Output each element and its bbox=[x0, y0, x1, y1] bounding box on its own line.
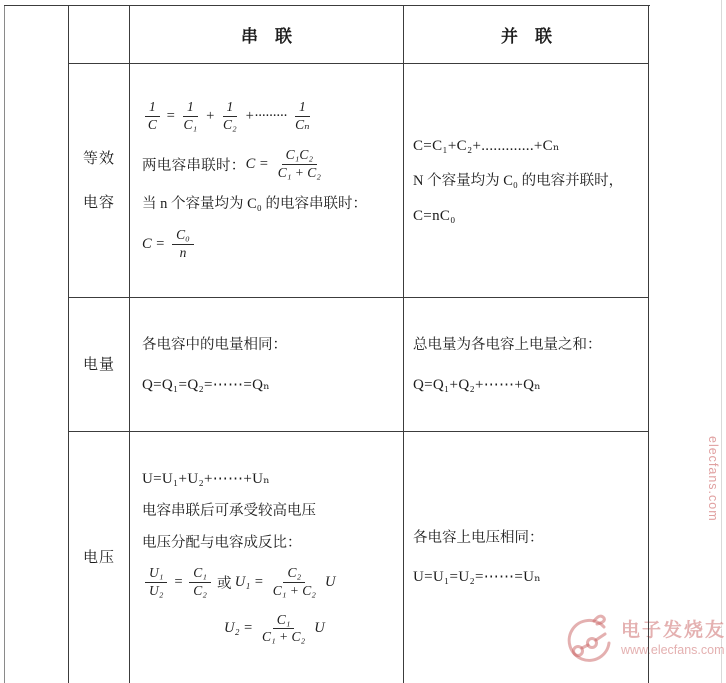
fraction: U₁U₂ bbox=[145, 565, 167, 600]
fraction: 1Cₙ bbox=[293, 99, 311, 134]
series-two-capacitor-formula: 两电容串联时： C = C₁C₂C₁ + C₂ bbox=[142, 147, 403, 182]
row-label-line2: 电容 bbox=[83, 181, 115, 225]
series-voltage-sum-formula: U=U₁+U₂+⋯⋯+Uₙ bbox=[142, 469, 403, 489]
header-parallel: 并 联 bbox=[404, 5, 649, 64]
series-n-capacitor-formula: C = C₀n bbox=[142, 227, 403, 262]
page-left-border bbox=[4, 5, 5, 683]
series-reciprocal-sum-formula: 1C = 1C₁ + 1C₂ +········· 1Cₙ bbox=[142, 99, 403, 134]
cell-series-charge: 各电容中的电量相同： Q=Q₁=Q₂=⋯⋯=Qₙ bbox=[130, 298, 404, 432]
series-charge-note: 各电容中的电量相同： bbox=[142, 335, 403, 355]
row-label-voltage: 电压 bbox=[69, 432, 130, 683]
parallel-charge-note: 总电量为各电容上电量之和： bbox=[413, 335, 649, 355]
parallel-voltage-note: 各电容上电压相同： bbox=[413, 528, 649, 548]
watermark-side-text: elecfans.com bbox=[706, 436, 720, 546]
fraction: C₁C₁ + C₂ bbox=[260, 612, 307, 647]
capacitor-comparison-table: 串 联 并 联 等效 电容 1C = 1C₁ + 1C₂ +········· … bbox=[68, 5, 649, 683]
fraction: 1C bbox=[145, 99, 160, 134]
fraction: C₂C₁ + C₂ bbox=[271, 565, 318, 600]
row-label-equivalent-capacitance: 等效 电容 bbox=[69, 64, 130, 298]
series-voltage-u2-formula: U₂ = C₁C₁ + C₂ U bbox=[224, 612, 403, 647]
page-right-border bbox=[721, 0, 722, 683]
header-corner-cell bbox=[69, 5, 130, 64]
fraction: C₀n bbox=[172, 227, 194, 262]
series-voltage-note1: 电容串联后可承受较高电压 bbox=[142, 501, 403, 521]
series-n-capacitor-note: 当 n 个容量均为 C₀ 的电容串联时： bbox=[142, 194, 403, 214]
cell-parallel-charge: 总电量为各电容上电量之和： Q=Q₁+Q₂+⋯⋯+Qₙ bbox=[404, 298, 649, 432]
fraction: 1C₂ bbox=[221, 99, 239, 134]
series-charge-formula: Q=Q₁=Q₂=⋯⋯=Qₙ bbox=[142, 375, 403, 395]
fraction: 1C₁ bbox=[182, 99, 200, 134]
cell-series-voltage: U=U₁+U₂+⋯⋯+Uₙ 电容串联后可承受较高电压 电压分配与电容成反比： U… bbox=[130, 432, 404, 683]
row-label-line1: 等效 bbox=[83, 137, 115, 181]
fraction: C₁C₂C₁ + C₂ bbox=[276, 147, 323, 182]
parallel-n-capacitor-formula: C=nC₀ bbox=[413, 206, 649, 226]
cell-series-equivalent-capacitance: 1C = 1C₁ + 1C₂ +········· 1Cₙ 两电容串联时： C … bbox=[130, 64, 404, 298]
parallel-voltage-formula: U=U₁=U₂=⋯⋯=Uₙ bbox=[413, 567, 649, 587]
row-label-charge: 电量 bbox=[69, 298, 130, 432]
series-voltage-ratio-formula: U₁U₂ = C₁C₂ 或 U₁ = C₂C₁ + C₂ U bbox=[142, 565, 403, 600]
cell-parallel-equivalent-capacitance: C=C₁+C₂+.............+Cₙ N 个容量均为 C₀ 的电容并… bbox=[404, 64, 649, 298]
series-voltage-note2: 电压分配与电容成反比： bbox=[142, 533, 403, 553]
header-series: 串 联 bbox=[130, 5, 404, 64]
parallel-n-capacitor-note: N 个容量均为 C₀ 的电容并联时， bbox=[413, 171, 649, 191]
parallel-charge-formula: Q=Q₁+Q₂+⋯⋯+Qₙ bbox=[413, 375, 649, 395]
fraction: C₁C₂ bbox=[189, 565, 211, 600]
parallel-sum-formula: C=C₁+C₂+.............+Cₙ bbox=[413, 136, 649, 156]
cell-parallel-voltage: 各电容上电压相同： U=U₁=U₂=⋯⋯=Uₙ bbox=[404, 432, 649, 683]
